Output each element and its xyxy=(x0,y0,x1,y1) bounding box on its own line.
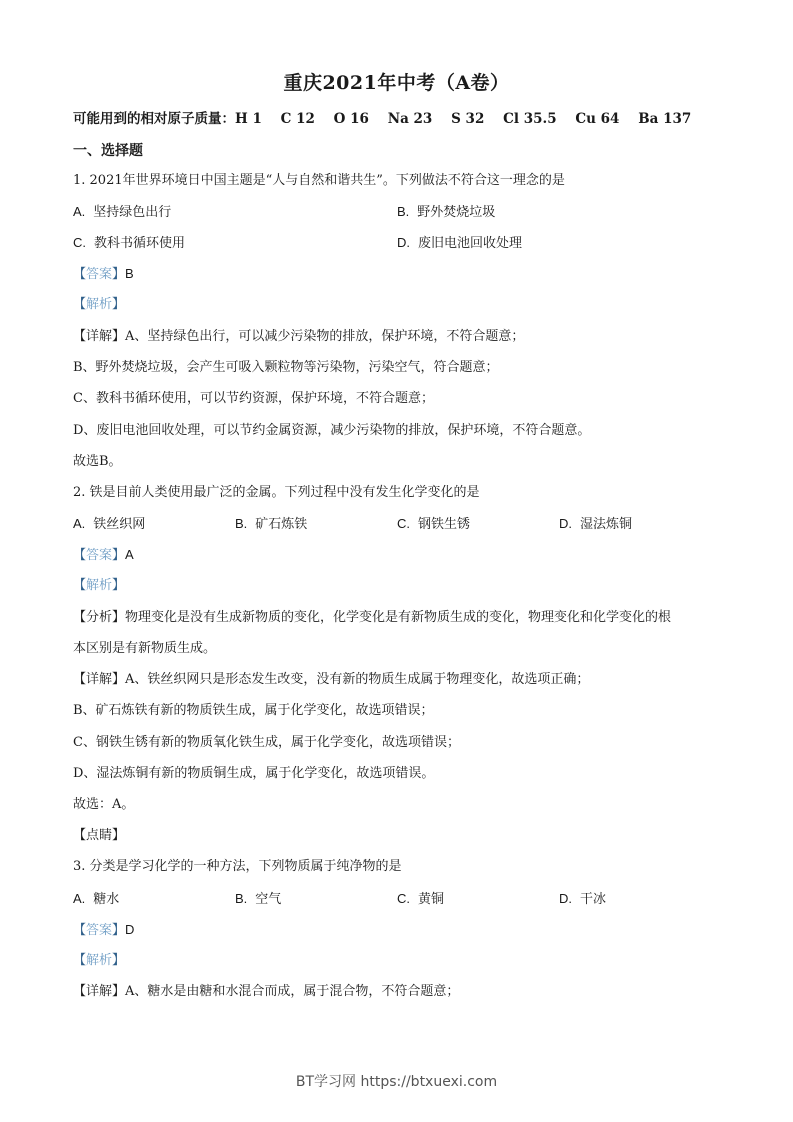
q1-detail-c: C、教科书循环使用，可以节约资源，保护环境，不符合题意； xyxy=(73,390,434,408)
question-1-stem: 1. 2021年世界环境日中国主题是“人与自然和谐共生”。下列做法不符合这一理念… xyxy=(73,172,565,190)
atomic-masses-label: 可能用到的相对原子质量： xyxy=(73,111,235,127)
q3-analysis-label: 【解析】 xyxy=(73,952,125,970)
footer-watermark: BT学习网 https://btxuexi.com xyxy=(0,1071,793,1091)
q3-option-d: D.干冰 xyxy=(559,890,606,909)
q1-conclusion: 故选B。 xyxy=(73,453,122,471)
question-3-stem: 3. 分类是学习化学的一种方法，下列物质属于纯净物的是 xyxy=(73,858,402,876)
q2-analysis-label: 【解析】 xyxy=(73,577,125,595)
q3-option-c: C.黄铜 xyxy=(397,890,444,909)
q2-option-b: B.矿石炼铁 xyxy=(235,515,307,534)
q3-option-b: B.空气 xyxy=(235,890,281,909)
atomic-masses-line: 可能用到的相对原子质量：H 1 C 12 O 16 Na 23 S 32 Cl … xyxy=(73,110,691,128)
q1-analysis-label: 【解析】 xyxy=(73,296,125,314)
page-title: 重庆2021年中考（A卷） xyxy=(0,68,793,95)
q1-detail-b: B、野外焚烧垃圾，会产生可吸入颗粒物等污染物，污染空气，符合题意； xyxy=(73,359,499,377)
question-2-stem: 2. 铁是目前人类使用最广泛的金属。下列过程中没有发生化学变化的是 xyxy=(73,484,480,502)
document-page: 重庆2021年中考（A卷） 可能用到的相对原子质量：H 1 C 12 O 16 … xyxy=(0,0,793,1122)
q3-answer: 【答案】D xyxy=(73,921,134,940)
q2-answer: 【答案】A xyxy=(73,546,134,565)
q2-dianjing-label: 【点睛】 xyxy=(73,827,125,845)
q2-option-d: D.湿法炼铜 xyxy=(559,515,632,534)
q1-option-c: C.教科书循环使用 xyxy=(73,234,185,253)
q3-option-a: A.糖水 xyxy=(73,890,119,909)
q2-detail-d: D、湿法炼铜有新的物质铜生成，属于化学变化，故选项错误。 xyxy=(73,765,434,783)
q2-option-a: A.铁丝织网 xyxy=(73,515,145,534)
q2-fenxi-line-1: 【分析】物理变化是没有生成新物质的变化，化学变化是有新物质生成的变化，物理变化和… xyxy=(73,609,671,627)
q2-conclusion: 故选：A。 xyxy=(73,796,134,814)
q3-detail-a: 【详解】A、糖水是由糖和水混合而成，属于混合物，不符合题意； xyxy=(73,983,459,1001)
q2-option-c: C.钢铁生锈 xyxy=(397,515,470,534)
q1-answer: 【答案】B xyxy=(73,265,134,284)
q2-detail-c: C、钢铁生锈有新的物质氧化铁生成，属于化学变化，故选项错误； xyxy=(73,734,460,752)
atomic-masses-values: H 1 C 12 O 16 Na 23 S 32 Cl 35.5 Cu 64 B… xyxy=(235,111,691,127)
q1-option-a: A.坚持绿色出行 xyxy=(73,203,171,222)
q1-option-b: B.野外焚烧垃圾 xyxy=(397,203,495,222)
q1-detail-d: D、废旧电池回收处理，可以节约金属资源，减少污染物的排放，保护环境，不符合题意。 xyxy=(73,422,590,440)
q1-option-d: D.废旧电池回收处理 xyxy=(397,234,522,253)
q2-detail-a: 【详解】A、铁丝织网只是形态发生改变，没有新的物质生成属于物理变化，故选项正确； xyxy=(73,671,589,689)
q2-detail-b: B、矿石炼铁有新的物质铁生成，属于化学变化，故选项错误； xyxy=(73,702,434,720)
q2-fenxi-line-2: 本区别是有新物质生成。 xyxy=(73,640,216,658)
q1-detail-a: 【详解】A、坚持绿色出行，可以减少污染物的排放，保护环境，不符合题意； xyxy=(73,328,524,346)
section-heading: 一、选择题 xyxy=(73,142,143,160)
